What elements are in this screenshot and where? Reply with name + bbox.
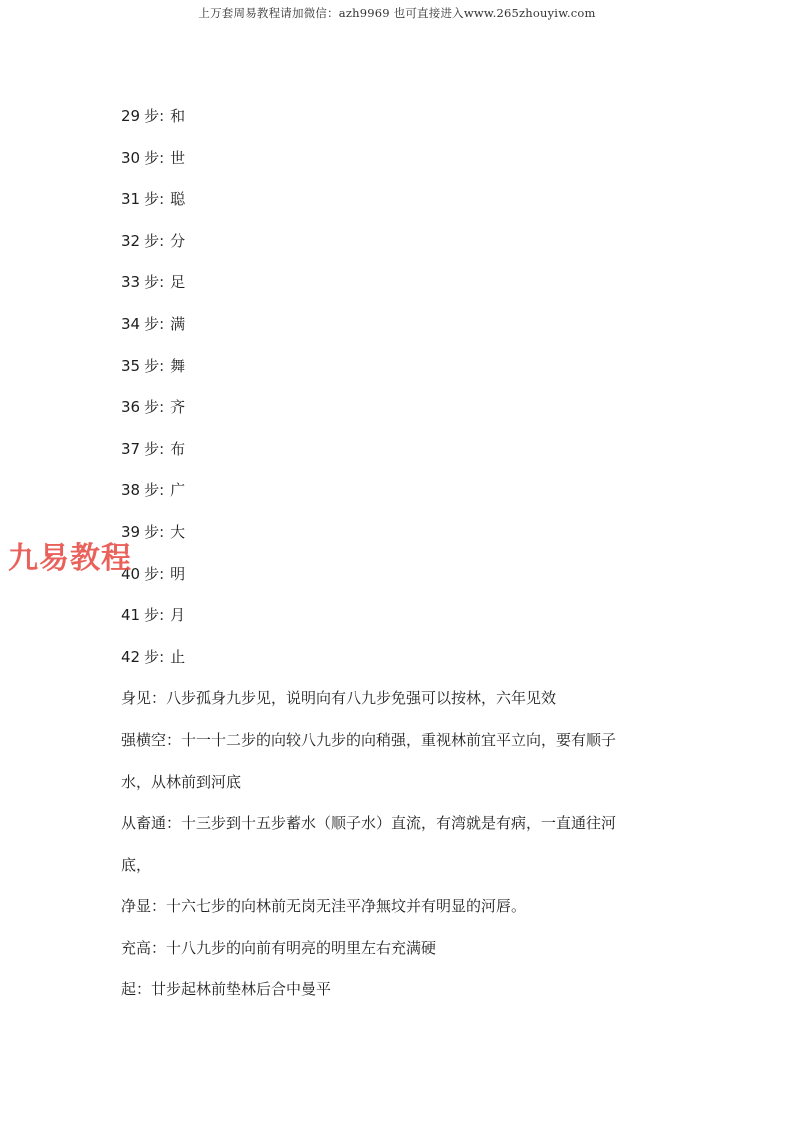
step-line-41: 41步:月 (121, 605, 661, 625)
paragraph-qiang-heng-kong-cont: 水，从林前到河底 (121, 772, 661, 792)
paragraph-chong-gao: 充高：十八九步的向前有明亮的明里左右充满硬 (121, 938, 661, 958)
step-value: 布 (170, 440, 185, 458)
step-number: 30 (121, 149, 140, 167)
step-colon: : (159, 357, 164, 375)
step-value: 满 (170, 315, 185, 333)
step-colon: : (159, 107, 164, 125)
step-number: 42 (121, 648, 140, 666)
step-unit: 步 (144, 232, 159, 250)
step-value: 分 (170, 232, 185, 250)
step-line-30: 30步:世 (121, 148, 661, 168)
step-value: 月 (170, 606, 185, 624)
step-number: 41 (121, 606, 140, 624)
step-number: 37 (121, 440, 140, 458)
step-number: 38 (121, 481, 140, 499)
step-unit: 步 (144, 565, 159, 583)
paragraph-cong-xu-tong-cont: 底， (121, 855, 661, 875)
step-unit: 步 (144, 107, 159, 125)
watermark-logo: 九易教程 (8, 541, 132, 577)
step-line-39: 39步:大 (121, 522, 661, 542)
step-value: 舞 (170, 357, 185, 375)
step-unit: 步 (144, 190, 159, 208)
step-number: 39 (121, 523, 140, 541)
step-unit: 步 (144, 357, 159, 375)
step-unit: 步 (144, 481, 159, 499)
step-value: 足 (170, 273, 185, 291)
step-unit: 步 (144, 523, 159, 541)
step-colon: : (159, 315, 164, 333)
step-line-32: 32步:分 (121, 231, 661, 251)
step-number: 31 (121, 190, 140, 208)
step-colon: : (159, 190, 164, 208)
step-colon: : (159, 565, 164, 583)
step-number: 34 (121, 315, 140, 333)
step-value: 止 (170, 648, 185, 666)
step-line-35: 35步:舞 (121, 356, 661, 376)
step-line-34: 34步:满 (121, 314, 661, 334)
step-unit: 步 (144, 273, 159, 291)
step-unit: 步 (144, 149, 159, 167)
step-number: 29 (121, 107, 140, 125)
step-value: 大 (170, 523, 185, 541)
step-number: 32 (121, 232, 140, 250)
step-unit: 步 (144, 398, 159, 416)
paragraph-cong-xu-tong: 从畜通：十三步到十五步蓄水（顺子水）直流，有湾就是有病，一直通往河 (121, 813, 661, 833)
step-line-31: 31步:聪 (121, 189, 661, 209)
step-colon: : (159, 232, 164, 250)
step-unit: 步 (144, 440, 159, 458)
step-line-42: 42步:止 (121, 647, 661, 667)
paragraph-qiang-heng-kong: 强横空：十一十二步的向较八九步的向稍强，重视林前宜平立向，要有顺子 (121, 730, 661, 750)
step-colon: : (159, 481, 164, 499)
paragraph-qi: 起：廿步起林前垫林后合中曼平 (121, 979, 661, 999)
step-number: 35 (121, 357, 140, 375)
step-unit: 步 (144, 315, 159, 333)
step-colon: : (159, 648, 164, 666)
step-value: 世 (170, 149, 185, 167)
step-number: 33 (121, 273, 140, 291)
step-value: 广 (170, 481, 185, 499)
step-value: 明 (170, 565, 185, 583)
step-colon: : (159, 149, 164, 167)
step-line-40: 40步:明 (121, 564, 661, 584)
step-line-33: 33步:足 (121, 272, 661, 292)
step-unit: 步 (144, 648, 159, 666)
paragraph-shen-jian: 身见：八步孤身九步见，说明向有八九步免强可以按林，六年见效 (121, 688, 661, 708)
step-line-29: 29步:和 (121, 106, 661, 126)
step-line-37: 37步:布 (121, 439, 661, 459)
step-colon: : (159, 398, 164, 416)
page-header: 上万套周易教程请加微信：azh9969 也可直接进入www.265zhouyiw… (0, 5, 794, 21)
step-colon: : (159, 440, 164, 458)
step-line-36: 36步:齐 (121, 397, 661, 417)
step-unit: 步 (144, 606, 159, 624)
step-value: 齐 (170, 398, 185, 416)
document-body: 29步:和 30步:世 31步:聪 32步:分 33步:足 34步:满 35步:… (121, 106, 661, 1021)
step-value: 和 (170, 107, 185, 125)
step-value: 聪 (170, 190, 185, 208)
paragraph-jing-xian: 净显：十六七步的向林前无岗无洼平净無坟并有明显的河唇。 (121, 896, 661, 916)
step-colon: : (159, 523, 164, 541)
step-colon: : (159, 606, 164, 624)
step-number: 36 (121, 398, 140, 416)
step-line-38: 38步:广 (121, 480, 661, 500)
step-colon: : (159, 273, 164, 291)
